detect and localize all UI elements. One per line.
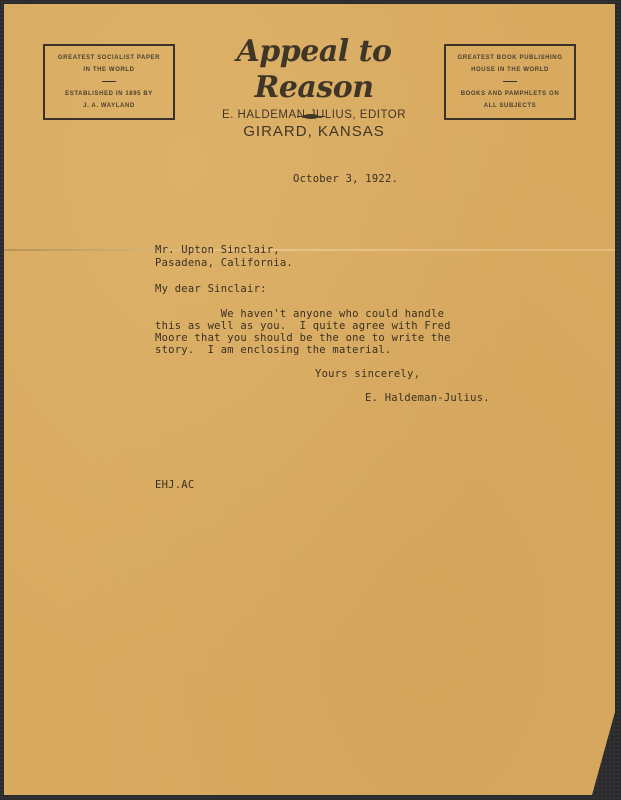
- paper-fold-crease: [4, 249, 615, 251]
- right-box-line-1: GREATEST BOOK PUBLISHING: [458, 52, 563, 64]
- reference-initials: EHJ.AC: [155, 479, 194, 491]
- right-box-line-2: HOUSE IN THE WORLD: [471, 64, 549, 76]
- right-box-line-3: BOOKS AND PAMPHLETS ON: [461, 88, 560, 100]
- letter-date: October 3, 1922.: [293, 173, 398, 185]
- letterhead-left-box: GREATEST SOCIALIST PAPER IN THE WORLD ES…: [43, 44, 175, 120]
- body-line-2: this as well as you. I quite agree with …: [155, 320, 451, 332]
- right-box-divider: [503, 81, 517, 82]
- letterhead-right-box: GREATEST BOOK PUBLISHING HOUSE IN THE WO…: [444, 44, 576, 120]
- signature: E. Haldeman-Julius.: [365, 392, 490, 404]
- closing: Yours sincerely,: [315, 368, 420, 380]
- left-box-line-3: ESTABLISHED IN 1895 BY: [65, 88, 153, 100]
- body-line-1: We haven't anyone who could handle: [155, 308, 444, 320]
- left-box-line-4: J. A. WAYLAND: [83, 100, 135, 112]
- left-box-line-1: GREATEST SOCIALIST PAPER: [58, 52, 160, 64]
- salutation: My dear Sinclair:: [155, 283, 267, 295]
- left-box-divider: [102, 81, 116, 82]
- body-line-4: story. I am enclosing the material.: [155, 344, 392, 356]
- left-box-line-2: IN THE WORLD: [83, 64, 134, 76]
- masthead-city: GIRARD, KANSAS: [189, 123, 439, 140]
- body-line-3: Moore that you should be the one to writ…: [155, 332, 451, 344]
- recipient-city: Pasadena, California.: [155, 257, 293, 269]
- masthead-ornament-icon: [297, 113, 325, 120]
- masthead-title: Appeal to Reason: [189, 34, 439, 106]
- letter-paper: GREATEST SOCIALIST PAPER IN THE WORLD ES…: [4, 4, 615, 795]
- letterhead-masthead: Appeal to Reason E. HALDEMAN-JULIUS, EDI…: [189, 34, 439, 140]
- recipient-name: Mr. Upton Sinclair,: [155, 244, 280, 256]
- right-box-line-4: ALL SUBJECTS: [484, 100, 536, 112]
